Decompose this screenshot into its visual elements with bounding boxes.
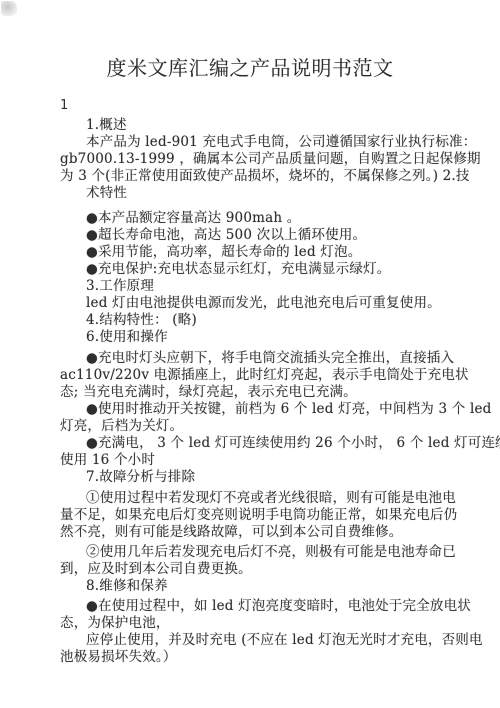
text-line: 到，应及时到本公司自费更换。 bbox=[60, 561, 448, 578]
text-line: ●超长寿命电池，高达 500 次以上循环使用。 bbox=[60, 227, 448, 244]
text-line: 使用 16 个小时 bbox=[60, 452, 448, 469]
text-line: led 灯由电池提供电源而发光，此电池充电后可重复使用。 bbox=[60, 295, 448, 312]
text-line: ●在使用过程中，如 led 灯泡亮度变暗时，电池处于完全放电状 bbox=[60, 598, 448, 615]
text-line: 灯亮，后档为关灯。 bbox=[60, 418, 448, 435]
text-line: ●使用时推动开关按键，前档为 6 个 led 灯亮，中间档为 3 个 led bbox=[60, 401, 448, 418]
document-body: 1.概述本产品为 led-901 充电式手电筒，公司遵循国家行业执行标准：gb7… bbox=[0, 117, 500, 666]
text-line: 态，为保护电池， bbox=[60, 615, 448, 632]
text-line: ●本产品额定容量高达 900mah 。 bbox=[60, 210, 448, 227]
text-line: ●充电保护:充电状态显示红灯，充电满显示绿灯。 bbox=[60, 261, 448, 278]
text-line: gb7000.13-1999 ，确属本公司产品质量问题，自购置之日起保修期 bbox=[60, 151, 448, 168]
text-line: 应停止使用，并及时充电 (不应在 led 灯泡无光时才充电，否则电 bbox=[60, 632, 448, 649]
text-line: 本产品为 led-901 充电式手电筒，公司遵循国家行业执行标准： bbox=[60, 134, 448, 151]
text-line: ●充电时灯头应朝下，将手电筒交流插头完全推出，直接插入 bbox=[60, 350, 448, 367]
text-line: 池极易损坏失效。） bbox=[60, 649, 448, 666]
document-title: 度米文库汇编之产品说明书范文 bbox=[0, 54, 500, 82]
text-line: 1.概述 bbox=[60, 117, 448, 134]
text-line: ac110v/220v 电源插座上，此时红灯亮起，表示手电筒处于充电状 bbox=[60, 367, 448, 384]
text-line: 6.使用和操作 bbox=[60, 329, 448, 346]
text-line: 3.工作原理 bbox=[60, 278, 448, 295]
text-line: 为 3 个(非正常使用面致使产品损坏，烧坏的，不属保修之列。) 2.技 bbox=[60, 168, 448, 185]
document-page: 度米文库汇编之产品说明书范文 1 1.概述本产品为 led-901 充电式手电筒… bbox=[0, 0, 500, 708]
text-line: ①使用过程中若发现灯不亮或者光线很暗，则有可能是电池电 bbox=[60, 490, 448, 507]
text-line: 然不亮，则有可能是线路故障，可以到本公司自费维修。 bbox=[60, 524, 448, 541]
text-line: 4.结构特性： (略) bbox=[60, 312, 448, 329]
text-line: ●充满电， 3 个 led 灯可连续使用约 26 个小时， 6 个 led 灯可… bbox=[60, 435, 448, 452]
text-line: 8.维修和保养 bbox=[60, 578, 448, 595]
text-line: 态; 当充电充满时，绿灯亮起，表示充电已充满。 bbox=[60, 384, 448, 401]
scan-smudge-artifact bbox=[1, 1, 17, 16]
text-line: ●采用节能，高功率，超长寿命的 led 灯泡。 bbox=[60, 244, 448, 261]
text-line: 量不足，如果充电后灯变亮则说明手电筒功能正常，如果充电后仍 bbox=[60, 507, 448, 524]
page-number: 1 bbox=[60, 99, 500, 113]
text-line: 术特性 bbox=[60, 185, 448, 202]
text-line: ②使用几年后若发现充电后灯不亮，则极有可能是电池寿命已 bbox=[60, 544, 448, 561]
text-line: 7.故障分析与排除 bbox=[60, 469, 448, 486]
